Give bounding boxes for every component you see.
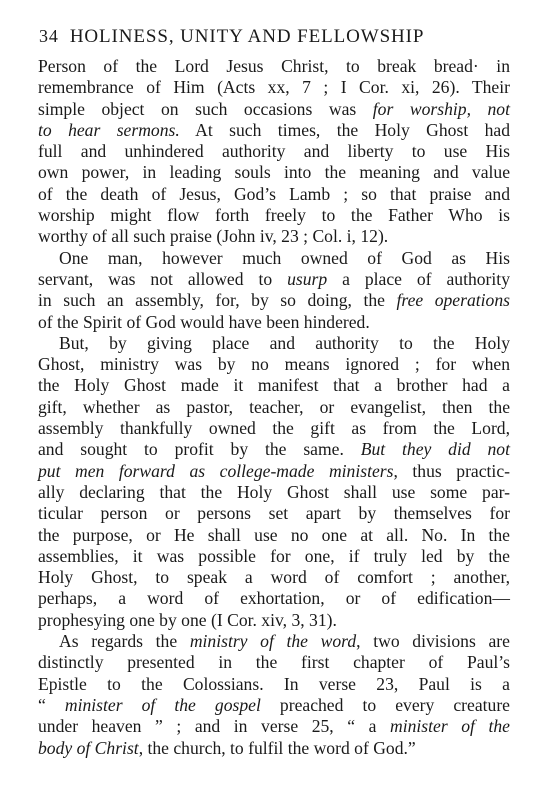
text-run: in such an assembly, for, by so doing, t… xyxy=(38,290,396,310)
text-line: As regards the ministry of the word, two… xyxy=(38,631,510,652)
italic-text: to hear sermons. xyxy=(38,120,180,140)
text-run: assembly thankfully owned the gift as fr… xyxy=(38,418,510,438)
text-run: Holy Ghost, to speak a word of comfort ;… xyxy=(38,567,510,587)
text-line: worthy of all such praise (John iv, 23 ;… xyxy=(38,226,510,247)
text-line: assembly thankfully owned the gift as fr… xyxy=(38,418,510,439)
text-run: , the church, to fulfil the word of God.… xyxy=(139,738,416,758)
text-run: remembrance of Him (Acts xx, 7 ; I Cor. … xyxy=(38,77,510,97)
italic-text: But they did not xyxy=(361,439,510,459)
text-run: At such times, the Holy Ghost had xyxy=(180,120,510,140)
page-number: 34 xyxy=(39,26,59,46)
running-title: HOLINESS, UNITY AND FELLOWSHIP xyxy=(70,26,425,47)
text-line: the purpose, or He shall use no one at a… xyxy=(38,525,510,546)
running-header: 34HOLINESS, UNITY AND FELLOWSHIP xyxy=(39,24,510,49)
text-line: own power, in leading souls into the mea… xyxy=(38,162,510,183)
text-run: Ghost, ministry was by no means ignored … xyxy=(38,354,510,374)
italic-text: free operations xyxy=(396,290,510,310)
italic-text: usurp xyxy=(287,269,327,289)
text-run: Epistle to the Colossians. In verse 23, … xyxy=(38,674,510,694)
text-run: assemblies, it was possible for one, if … xyxy=(38,546,510,566)
italic-text: minister of the gospel xyxy=(65,695,261,715)
text-run: and sought to profit by the same. xyxy=(38,439,361,459)
text-run: worthy of all such praise (John iv, 23 ;… xyxy=(38,226,388,246)
text-run: prophesying one by one (I Cor. xiv, 3, 3… xyxy=(38,610,337,630)
text-line: But, by giving place and authority to th… xyxy=(38,333,510,354)
text-line: assemblies, it was possible for one, if … xyxy=(38,546,510,567)
text-line: ally declaring that the Holy Ghost shall… xyxy=(38,482,510,503)
text-line: body of Christ, the church, to fulfil th… xyxy=(38,738,510,759)
text-run: worship might flow forth freely to the F… xyxy=(38,205,510,225)
text-run: the purpose, or He shall use no one at a… xyxy=(38,525,510,545)
book-page: ​ 34HOLINESS, UNITY AND FELLOWSHIP Perso… xyxy=(0,0,550,805)
text-line: gift, whether as pastor, teacher, or eva… xyxy=(38,397,510,418)
text-line: under heaven ” ; and in verse 25, “ a mi… xyxy=(38,716,510,737)
text-run: distinctly presented in the first chapte… xyxy=(38,652,510,672)
text-run: , thus practic- xyxy=(393,461,510,481)
text-line: the Holy Ghost made it manifest that a b… xyxy=(38,375,510,396)
text-run: full and unhindered authority and libert… xyxy=(38,141,510,161)
text-line: simple object on such occasions was for … xyxy=(38,99,510,120)
text-run: One man, however much owned of God as Hi… xyxy=(59,248,510,268)
text-line: to hear sermons. At such times, the Holy… xyxy=(38,120,510,141)
text-line: Epistle to the Colossians. In verse 23, … xyxy=(38,674,510,695)
text-run: “ xyxy=(38,695,65,715)
text-line: in such an assembly, for, by so doing, t… xyxy=(38,290,510,311)
text-line: put men forward as college-made minister… xyxy=(38,461,510,482)
text-line: worship might flow forth freely to the F… xyxy=(38,205,510,226)
text-line: distinctly presented in the first chapte… xyxy=(38,652,510,673)
italic-text: body of Christ xyxy=(38,738,139,758)
text-line: Holy Ghost, to speak a word of comfort ;… xyxy=(38,567,510,588)
italic-text: for worship, not xyxy=(373,99,510,119)
text-line: Ghost, ministry was by no means ignored … xyxy=(38,354,510,375)
text-run: perhaps, a word of exhortation, or of ed… xyxy=(38,588,510,608)
italic-text: put men forward as college-made minister… xyxy=(38,461,393,481)
text-line: ticular person or persons set apart by t… xyxy=(38,503,510,524)
text-run: preached to every creature xyxy=(261,695,510,715)
text-run: ally declaring that the Holy Ghost shall… xyxy=(38,482,510,502)
text-run: , two divisions are xyxy=(356,631,510,651)
text-run: of the Spirit of God would have been hin… xyxy=(38,312,370,332)
text-line: of the death of Jesus, God’s Lamb ; so t… xyxy=(38,184,510,205)
text-line: Person of the Lord Jesus Christ, to brea… xyxy=(38,56,510,77)
text-run: servant, was not allowed to xyxy=(38,269,287,289)
text-line: of the Spirit of God would have been hin… xyxy=(38,312,510,333)
text-line: perhaps, a word of exhortation, or of ed… xyxy=(38,588,510,609)
text-run: of the death of Jesus, God’s Lamb ; so t… xyxy=(38,184,510,204)
text-line: full and unhindered authority and libert… xyxy=(38,141,510,162)
text-run: gift, whether as pastor, teacher, or eva… xyxy=(38,397,510,417)
italic-text: ministry of the word xyxy=(190,631,356,651)
text-line: and sought to profit by the same. But th… xyxy=(38,439,510,460)
text-line: One man, however much owned of God as Hi… xyxy=(38,248,510,269)
text-run: under heaven ” ; and in verse 25, “ a xyxy=(38,716,390,736)
text-line: servant, was not allowed to usurp a plac… xyxy=(38,269,510,290)
text-run: But, by giving place and authority to th… xyxy=(59,333,510,353)
text-line: remembrance of Him (Acts xx, 7 ; I Cor. … xyxy=(38,77,510,98)
text-line: “ minister of the gospel preached to eve… xyxy=(38,695,510,716)
body-text: Person of the Lord Jesus Christ, to brea… xyxy=(38,56,510,759)
text-run: the Holy Ghost made it manifest that a b… xyxy=(38,375,510,395)
text-run: a place of authority xyxy=(327,269,510,289)
text-run: As regards the xyxy=(59,631,190,651)
text-run: simple object on such occasions was xyxy=(38,99,373,119)
text-run: Person of the Lord Jesus Christ, to brea… xyxy=(38,56,510,76)
italic-text: minister of the xyxy=(390,716,510,736)
text-run: ticular person or persons set apart by t… xyxy=(38,503,510,523)
text-run: own power, in leading souls into the mea… xyxy=(38,162,510,182)
text-line: prophesying one by one (I Cor. xiv, 3, 3… xyxy=(38,610,510,631)
